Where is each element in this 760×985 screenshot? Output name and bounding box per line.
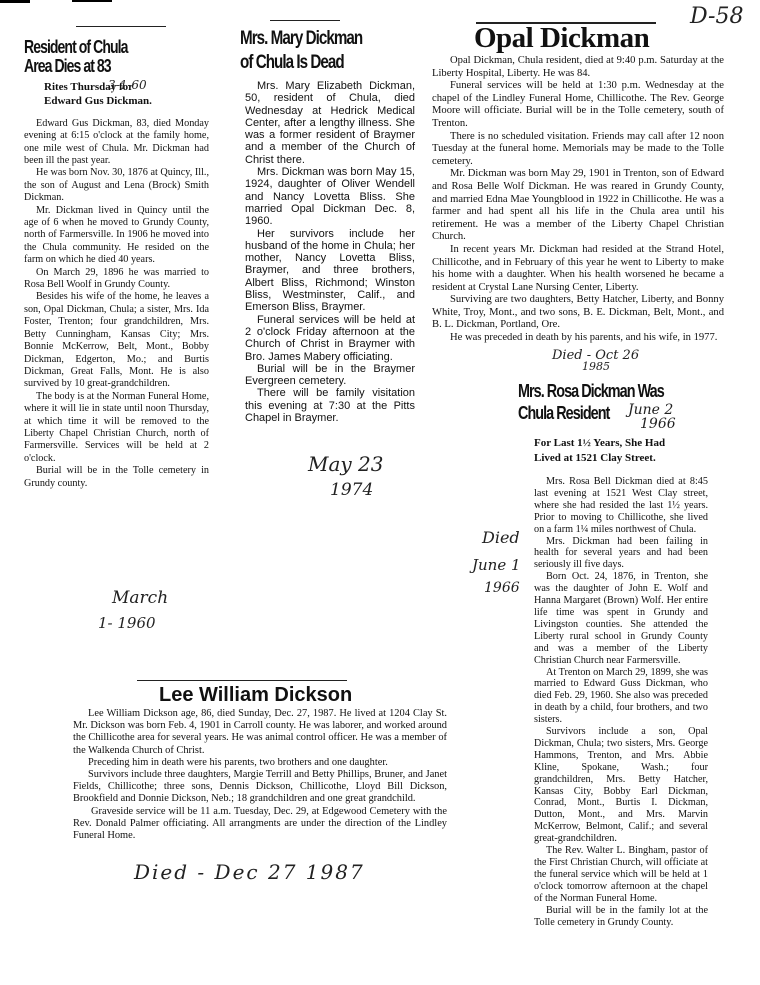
column-rule (476, 22, 656, 24)
headline-line: of Chula Is Dead (240, 51, 424, 75)
article-body: Opal Dickman, Chula resident, died at 9:… (432, 55, 724, 345)
handwritten-note: 3-1-60 (108, 78, 147, 92)
paragraph: Besides his wife of the home, he leaves … (24, 291, 209, 390)
article-body: Edward Gus Dickman, 83, died Monday even… (24, 118, 209, 490)
paragraph: Opal Dickman, Chula resident, died at 9:… (432, 55, 724, 80)
handwritten-date: Died - Dec 27 1987 (134, 860, 365, 884)
handwritten-note: 1966 (640, 416, 676, 432)
handwritten-date: 1966 (484, 580, 520, 596)
clipping-mary-dickman: Mrs. Mary Dickman of Chula Is Dead Mrs. … (240, 20, 420, 424)
paragraph: Burial will be in the family lot at the … (534, 905, 708, 929)
clipping-edward-dickman: Resident of Chula Area Dies at 83 Rites … (24, 26, 214, 490)
handwritten-date: June 1 (472, 556, 521, 574)
headline: Opal Dickman (474, 23, 732, 53)
paragraph: Mrs. Rosa Bell Dickman died at 8:45 last… (534, 476, 708, 536)
paragraph: Funeral services will be held at 1:30 p.… (432, 80, 724, 130)
headline-line: Mrs. Rosa Dickman Was (518, 380, 742, 402)
paragraph: Mr. Dickman lived in Quincy until the ag… (24, 205, 209, 267)
clipping-lee-dickson: Lee William Dickson Lee William Dickson … (73, 680, 448, 842)
paragraph: Her survivors include her husband of the… (245, 228, 415, 314)
paragraph: Survivors include a son, Opal Dickman, C… (534, 726, 708, 845)
paragraph: The Rev. Walter L. Bingham, pastor of th… (534, 845, 708, 905)
paragraph: He was preceded in death by his parents,… (432, 332, 724, 345)
handwritten-date: March (112, 588, 168, 608)
subheadline: For Last 1½ Years, She Had Lived at 1521… (534, 436, 740, 466)
column-rule (137, 680, 347, 681)
paragraph: Mrs. Dickman was born May 15, 1924, daug… (245, 166, 415, 227)
headline: Resident of Chula Area Dies at 83 (24, 38, 215, 76)
paragraph: Mrs. Dickman had been failing in health … (534, 536, 708, 572)
paragraph: Preceding him in death were his parents,… (73, 757, 447, 769)
clipping-rosa-dickman: Mrs. Rosa Dickman Was Chula Resident For… (518, 380, 740, 928)
handwritten-date: 1974 (330, 480, 373, 500)
headline-line: Resident of Chula (24, 38, 215, 57)
paragraph: Burial will be in the Tolle cemetery in … (24, 465, 209, 490)
paragraph: The body is at the Norman Funeral Home, … (24, 391, 209, 465)
clipping-opal-dickman: Opal Dickman Opal Dickman, Chula residen… (432, 22, 732, 345)
paragraph: On March 29, 1896 he was married to Rosa… (24, 267, 209, 292)
paragraph: Lee William Dickson age, 86, died Sunday… (73, 708, 447, 757)
article-body: Mrs. Mary Elizabeth Dickman, 50, residen… (245, 80, 415, 424)
headline-line: Area Dies at 83 (24, 57, 215, 76)
scan-artifact (72, 0, 112, 2)
headline: Lee William Dickson (159, 683, 448, 707)
handwritten-date: 1985 (582, 360, 610, 373)
column-rule (76, 26, 166, 27)
handwritten-date: Died (482, 528, 520, 547)
paragraph: There is no scheduled visitation. Friend… (432, 131, 724, 169)
paragraph: In recent years Mr. Dickman had resided … (432, 244, 724, 294)
headline-line: Mrs. Mary Dickman (240, 27, 424, 51)
paragraph: Mrs. Mary Elizabeth Dickman, 50, residen… (245, 80, 415, 166)
headline: Mrs. Mary Dickman of Chula Is Dead (240, 27, 424, 75)
scan-artifact (0, 0, 30, 3)
paragraph: Surviving are two daughters, Betty Hatch… (432, 294, 724, 332)
paragraph: Edward Gus Dickman, 83, died Monday even… (24, 118, 209, 168)
paragraph: Funeral services will be held at 2 o'clo… (245, 314, 415, 363)
column-rule (270, 20, 340, 21)
paragraph: At Trenton on March 29, 1899, she was ma… (534, 667, 708, 727)
paragraph: Survivors include three daughters, Margi… (73, 769, 447, 806)
paragraph: He was born Nov. 30, 1876 at Quincy, Ill… (24, 167, 209, 204)
paragraph: Burial will be in the Braymer Evergreen … (245, 363, 415, 388)
paragraph: Graveside service will be 11 a.m. Tuesda… (73, 806, 447, 843)
paragraph: Born Oct. 24, 1876, in Trenton, she was … (534, 571, 708, 666)
handwritten-date: May 23 (308, 452, 384, 476)
article-body: Mrs. Rosa Bell Dickman died at 8:45 last… (534, 476, 708, 928)
article-body: Lee William Dickson age, 86, died Sunday… (73, 708, 447, 842)
handwritten-date: 1- 1960 (98, 614, 156, 632)
paragraph: Mr. Dickman was born May 29, 1901 in Tre… (432, 168, 724, 244)
paragraph: There will be family visitation this eve… (245, 387, 415, 424)
